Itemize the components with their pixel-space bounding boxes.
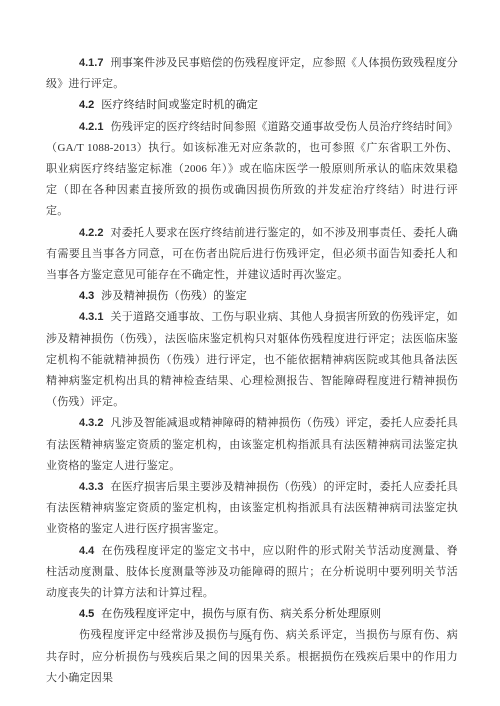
clause-number: 4.4 bbox=[79, 545, 94, 557]
paragraph: 4.4在伤残程度评定的鉴定文书中，应以附件的形式附关节活动度测量、脊柱活动度测量… bbox=[46, 541, 458, 605]
paragraph: 4.2.1伤残评定的医疗终结时间参照《道路交通事故受伤人员治疗终结时间》（GA/… bbox=[46, 117, 458, 223]
clause-number: 4.3.2 bbox=[79, 417, 103, 429]
clause-number: 4.3.1 bbox=[79, 311, 103, 323]
section-heading: 4.2医疗终结时间或鉴定时机的确定 bbox=[46, 95, 458, 116]
paragraph: 4.3.1关于道路交通事故、工伤与职业病、其他人身损害所致的伤残评定，如涉及精神… bbox=[46, 307, 458, 413]
clause-number: 4.3.3 bbox=[79, 481, 103, 493]
clause-text: 对委托人要求在医疗终结前进行鉴定的，如不涉及刑事责任、委托人确有需要且当事各方同… bbox=[46, 227, 458, 281]
clause-text: 凡涉及智能减退或精神障碍的精神损伤（伤残）评定，委托人应委托具有法医精神病鉴定资… bbox=[46, 417, 458, 471]
section-heading: 4.3涉及精神损伤（伤残）的鉴定 bbox=[46, 286, 458, 307]
section-heading: 4.5在伤残程度评定中，损伤与原有伤、病关系分析处理原则 bbox=[46, 604, 458, 625]
clause-number: 4.5 bbox=[79, 608, 94, 620]
clause-number: 4.2.1 bbox=[79, 121, 103, 133]
clause-text: 伤残评定的医疗终结时间参照《道路交通事故受伤人员治疗终结时间》（GA/T 108… bbox=[46, 121, 458, 218]
document-body: 4.1.7刑事案件涉及民事赔偿的伤残程度评定，应参照《人体损伤致残程度分级》进行… bbox=[46, 53, 458, 689]
document-page: 4.1.7刑事案件涉及民事赔偿的伤残程度评定，应参照《人体损伤致残程度分级》进行… bbox=[0, 0, 500, 706]
clause-text: 在伤残程度评定的鉴定文书中，应以附件的形式附关节活动度测量、脊柱活动度测量、肢体… bbox=[46, 545, 458, 599]
paragraph: 4.2.2对委托人要求在医疗终结前进行鉴定的，如不涉及刑事责任、委托人确有需要且… bbox=[46, 223, 458, 287]
page-number: - 5 - bbox=[0, 634, 500, 645]
clause-text: 关于道路交通事故、工伤与职业病、其他人身损害所致的伤残评定，如涉及精神损伤（伤残… bbox=[46, 311, 458, 408]
clause-text: 医疗终结时间或鉴定时机的确定 bbox=[101, 99, 258, 111]
clause-text: 涉及精神损伤（伤残）的鉴定 bbox=[101, 290, 247, 302]
paragraph: 4.3.2凡涉及智能减退或精神障碍的精神损伤（伤残）评定，委托人应委托具有法医精… bbox=[46, 413, 458, 477]
clause-text: 在医疗损害后果主要涉及精神损伤（伤残）的评定时，委托人应委托具有法医精神病鉴定资… bbox=[46, 481, 458, 535]
clause-text: 刑事案件涉及民事赔偿的伤残程度评定，应参照《人体损伤致残程度分级》进行评定。 bbox=[46, 57, 458, 90]
clause-number: 4.1.7 bbox=[79, 57, 103, 69]
paragraph: 4.3.3在医疗损害后果主要涉及精神损伤（伤残）的评定时，委托人应委托具有法医精… bbox=[46, 477, 458, 541]
clause-text: 在伤残程度评定中，损伤与原有伤、病关系分析处理原则 bbox=[101, 608, 381, 620]
clause-number: 4.3 bbox=[79, 290, 94, 302]
clause-number: 4.2.2 bbox=[79, 227, 103, 239]
clause-number: 4.2 bbox=[79, 99, 94, 111]
paragraph: 4.1.7刑事案件涉及民事赔偿的伤残程度评定，应参照《人体损伤致残程度分级》进行… bbox=[46, 53, 458, 95]
